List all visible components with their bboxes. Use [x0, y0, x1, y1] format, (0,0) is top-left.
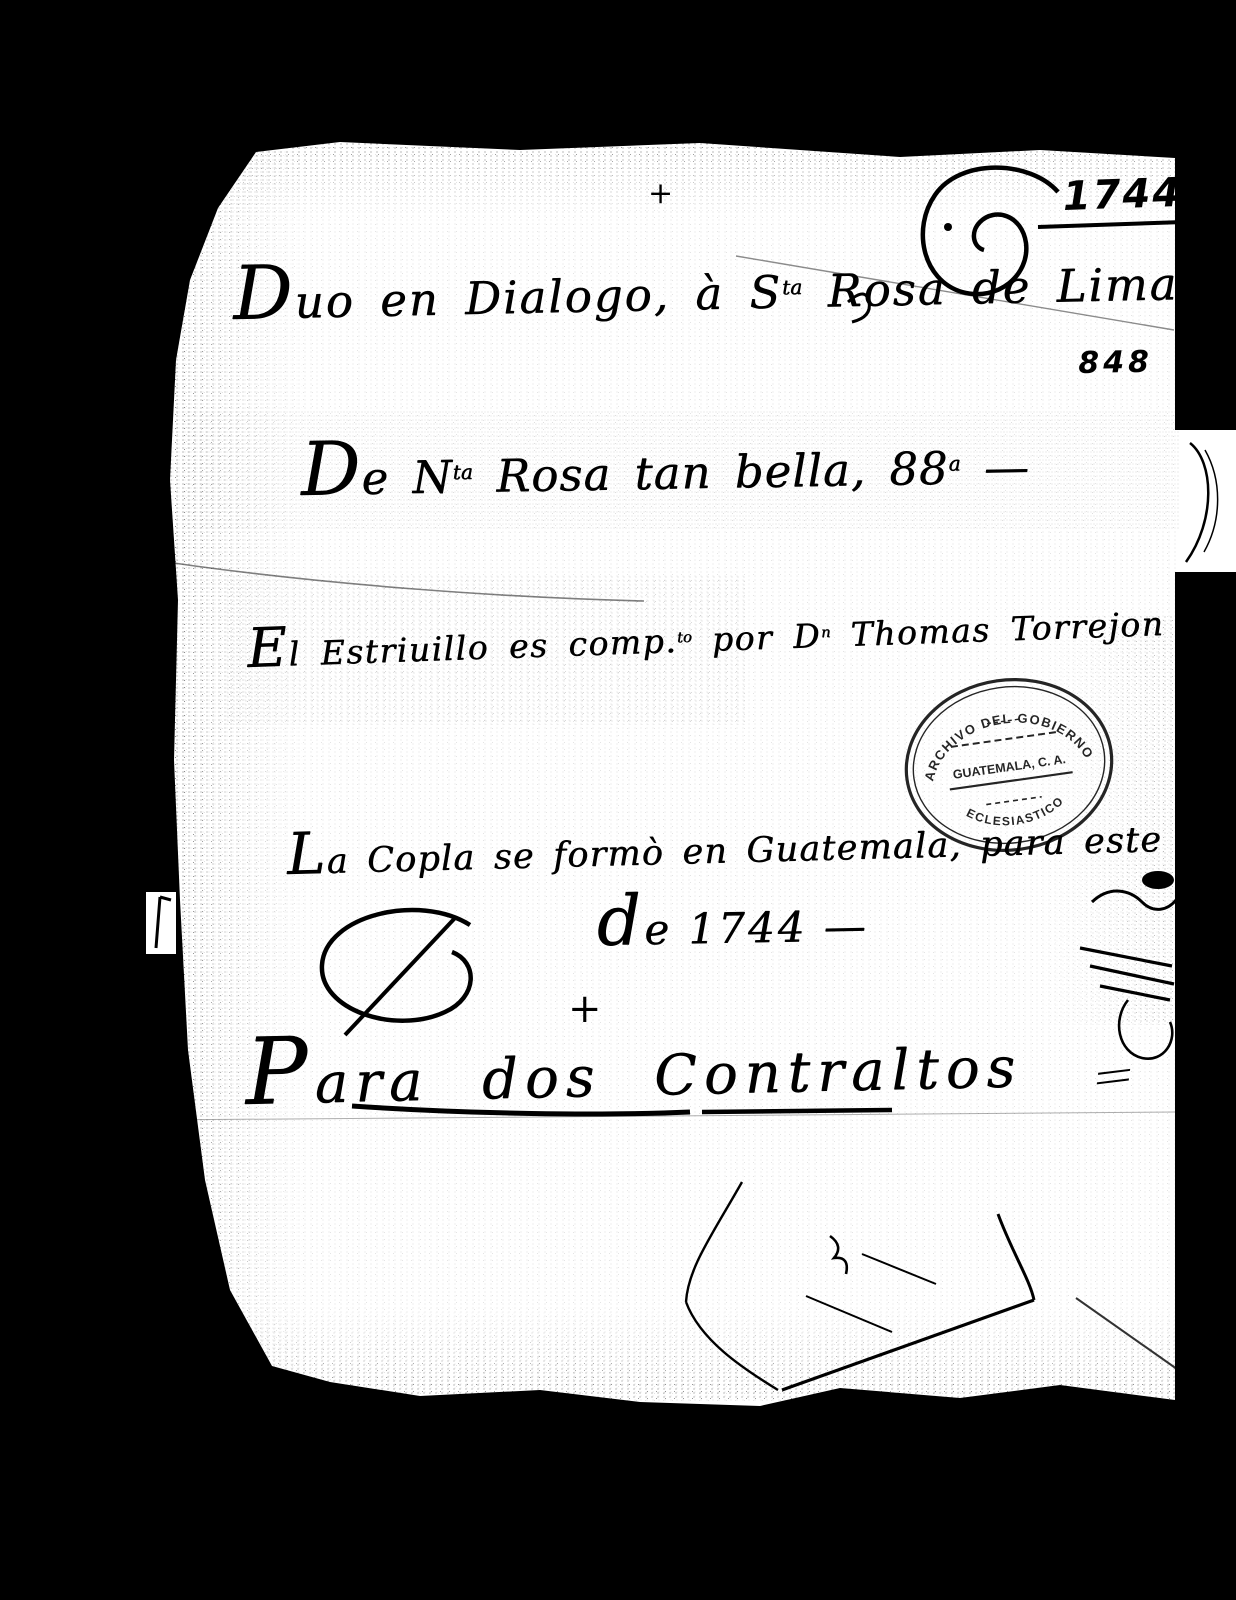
annotation-year-1744: 1744	[1062, 170, 1183, 220]
estribillo-text: El Estriuillo es comp.	[247, 621, 678, 675]
estribillo-text: por D	[691, 616, 822, 659]
incipit-line: De Nta Rosa tan bella, 88a —	[300, 413, 1030, 513]
cross-mark-top: +	[648, 176, 673, 211]
estribillo-text: Thomas Torrejon y Velaz	[830, 599, 1236, 655]
equals-mark: ＝	[1082, 1039, 1138, 1110]
incipit-text: De N	[300, 450, 453, 506]
edge-bracket-mark	[146, 892, 176, 954]
voices-line: Para dos Contraltos	[244, 1000, 1023, 1126]
superscript: n	[821, 623, 831, 641]
superscript: to	[677, 628, 693, 647]
page-edge-notch	[1172, 430, 1236, 572]
superscript: a	[948, 451, 960, 475]
superscript: ta	[782, 275, 803, 299]
incipit-text: Rosa tan bella, 88	[473, 442, 949, 503]
scanned-manuscript: ARCHIVO DEL GOBIERNO ECLESIASTICO GUATEM…	[0, 0, 1236, 1600]
annotation-number-848: 848	[1078, 345, 1153, 381]
stamp-center-text: GUATEMALA, C. A.	[952, 752, 1067, 782]
year-line: de 1744 —	[596, 877, 869, 962]
superscript: ta	[452, 460, 473, 484]
incipit-text: —	[960, 440, 1030, 494]
cross-mark-voices: +	[568, 986, 602, 1032]
title-text: Duo en Dialogo, à S	[233, 265, 783, 329]
title-text: Rosa de Lima —	[802, 256, 1236, 318]
